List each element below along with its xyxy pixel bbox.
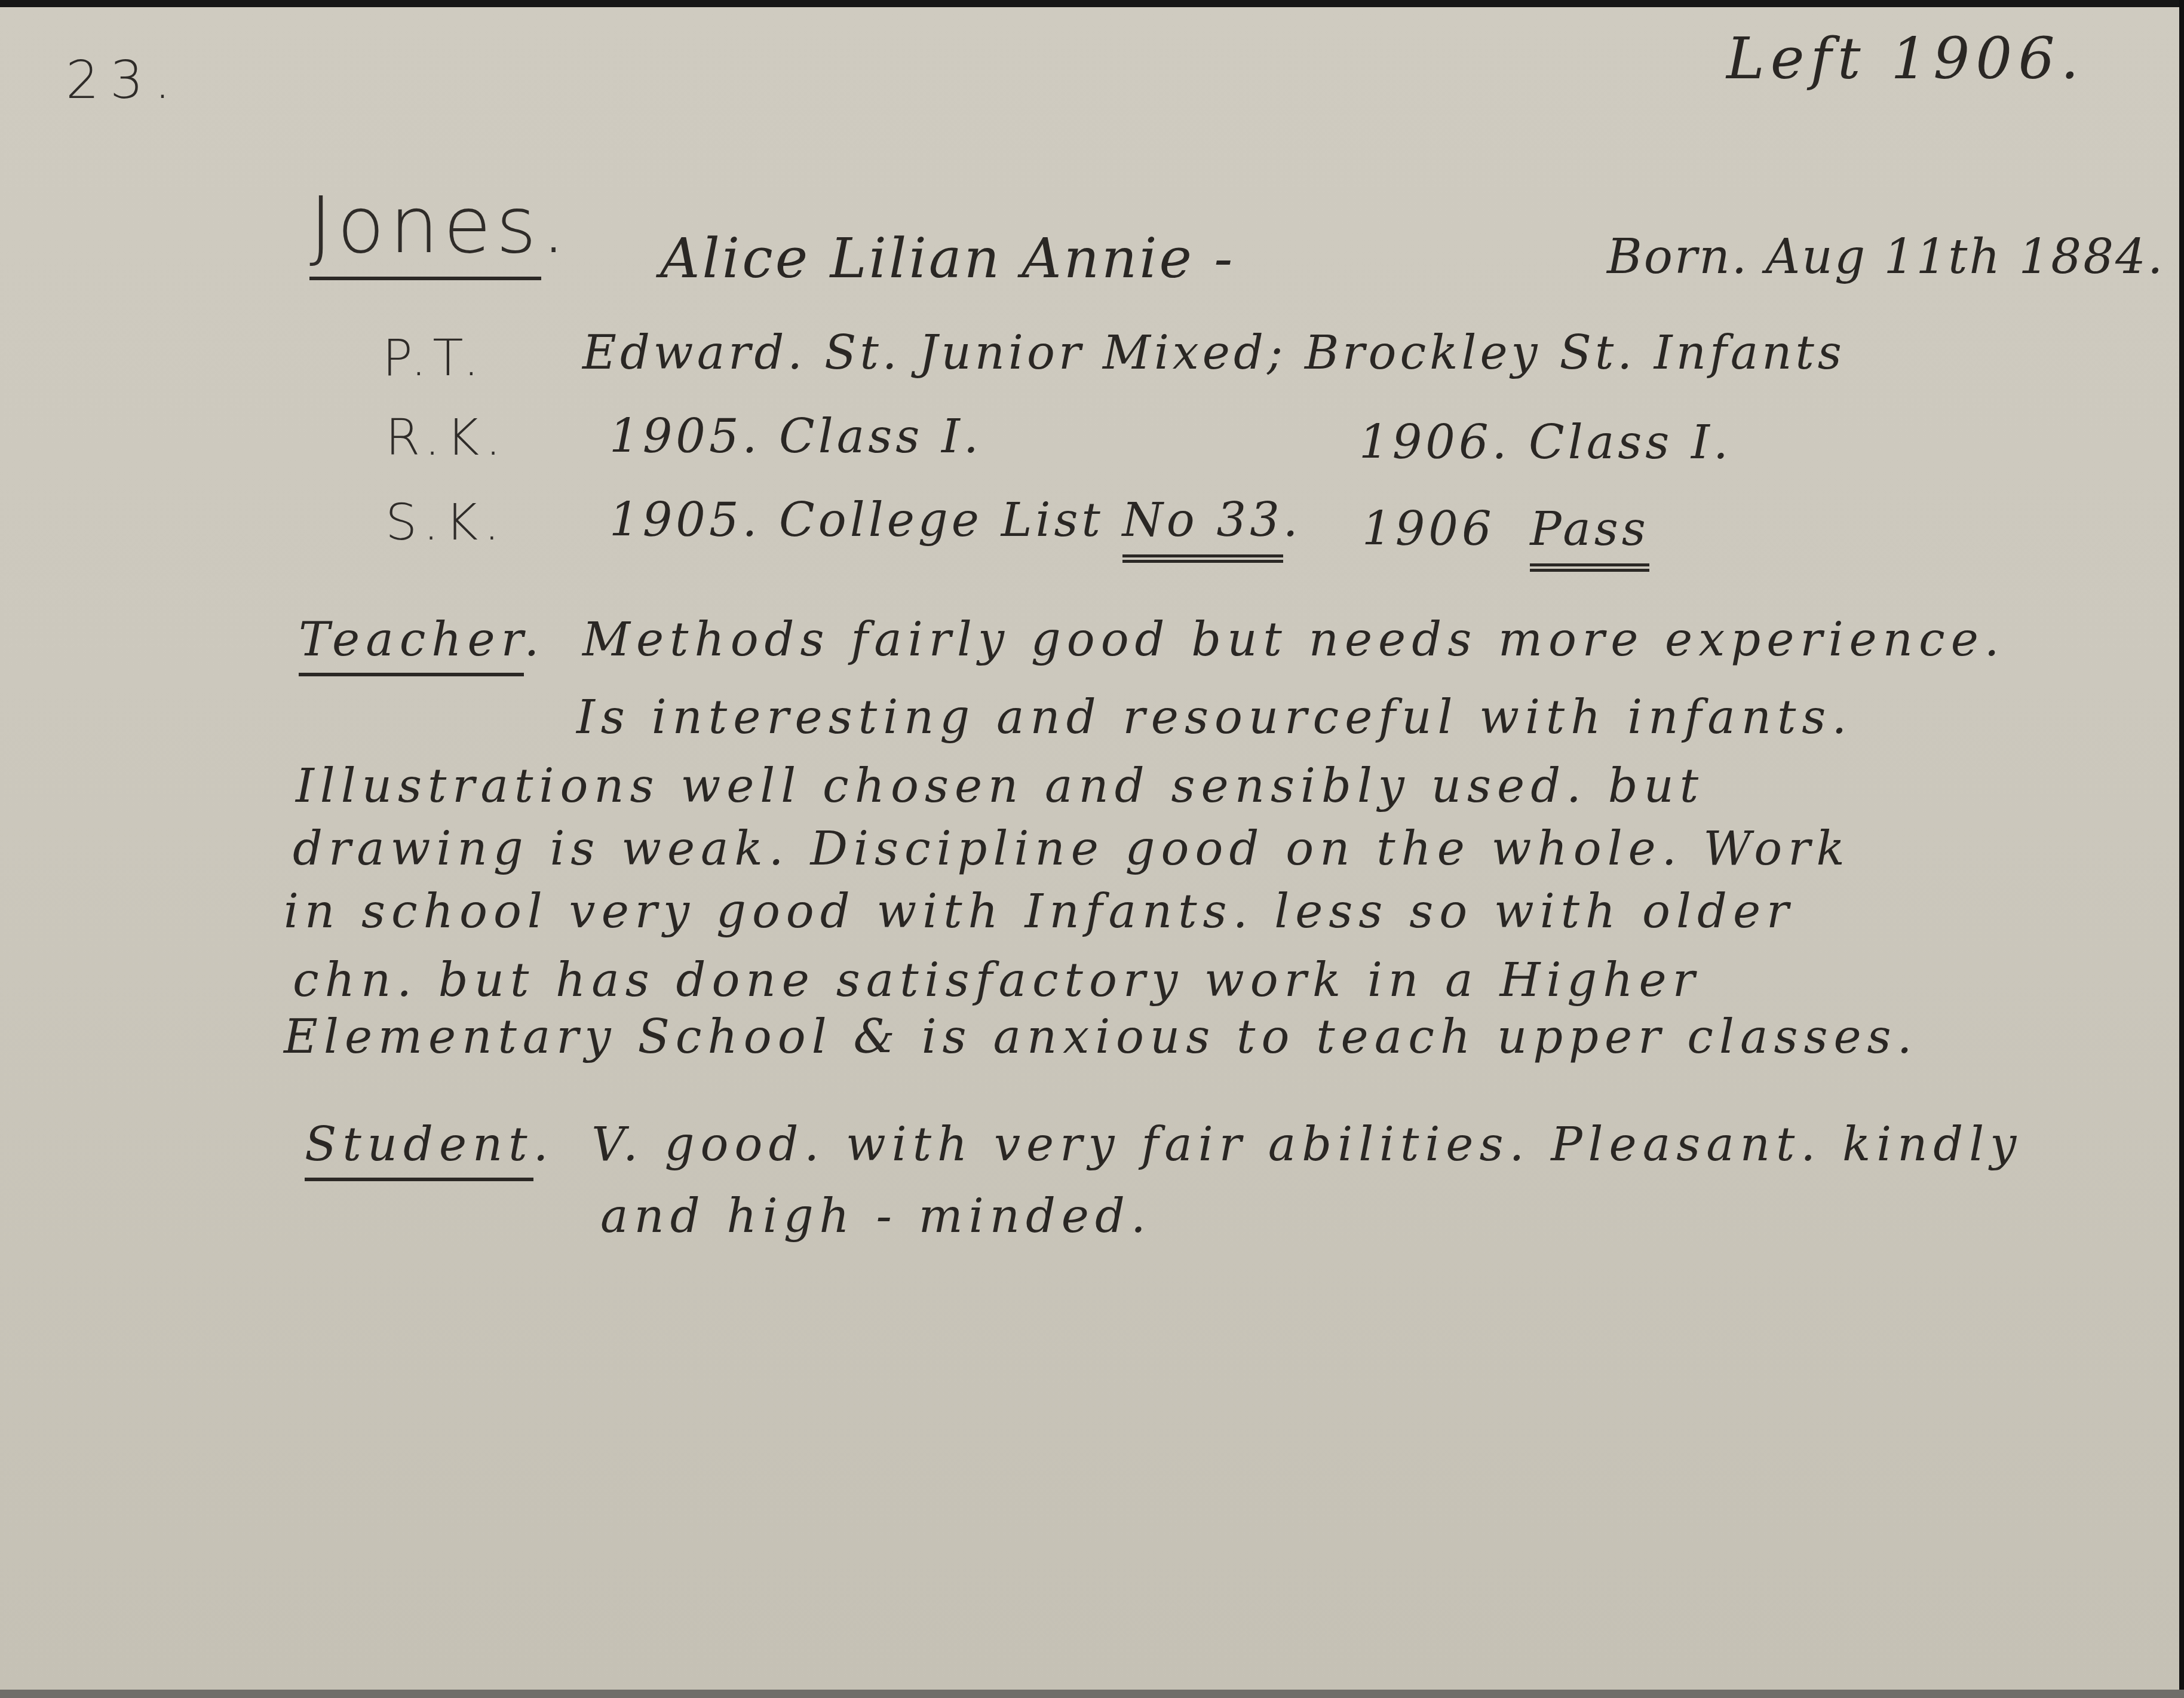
teacher-line-3: Illustrations well chosen and sensibly u… <box>296 763 1704 810</box>
student-label-period: . <box>533 1118 554 1172</box>
sk-label: S.K. <box>385 497 506 547</box>
sk-1905-suffix: . <box>1283 494 1302 547</box>
teacher-label: Teacher <box>299 613 524 676</box>
card-number: 23. <box>66 54 182 106</box>
sk-1905-number: No 33 <box>1122 494 1283 563</box>
teacher-line-6: chn. but has done satisfactory work in a… <box>293 957 1701 1004</box>
left-date-note: Left 1906. <box>1726 30 2085 87</box>
teacher-label-period: . <box>524 613 545 667</box>
surname-period: . <box>541 180 570 271</box>
rk-1906-entry: 1906. Class I. <box>1359 419 1732 466</box>
student-text-1: V. good. with very fair abilities. Pleas… <box>591 1118 2022 1172</box>
teacher-line-7: Elementary School & is anxious to teach … <box>284 1014 1918 1061</box>
student-label: Student <box>305 1118 533 1181</box>
student-line-1: Student. V. good. with very fair abiliti… <box>305 1121 2022 1168</box>
forenames: Alice Lilian Annie - <box>660 231 1235 286</box>
sk-1905-prefix: 1905. College List <box>609 494 1122 547</box>
pt-label: P.T. <box>382 333 485 383</box>
teacher-line-2: Is interesting and resourceful with infa… <box>576 694 1852 741</box>
teacher-line-1: Teacher. Methods fairly good but needs m… <box>299 617 2005 663</box>
scan-border-top <box>0 0 2184 7</box>
rk-1905-entry: 1905. Class I. <box>609 413 982 460</box>
sk-1906-result: Pass <box>1530 502 1649 572</box>
birth-date: Born. Aug 11th 1884. <box>1607 233 2164 281</box>
teacher-line-5: in school very good with Infants. less s… <box>284 888 1795 935</box>
sk-1905-entry: 1905. College List No 33. <box>609 497 1302 544</box>
scan-border-right <box>2179 0 2184 1698</box>
sk-1906-year: 1906 <box>1362 502 1495 556</box>
surname-text: Jones <box>309 180 541 280</box>
record-card: 23. Left 1906. Jones. Alice Lilian Annie… <box>0 7 2179 1690</box>
pt-schools: Edward. St. Junior Mixed; Brockley St. I… <box>582 330 1845 376</box>
teacher-line-4: drawing is weak. Discipline good on the … <box>293 826 1851 872</box>
student-line-2: and high - minded. <box>600 1193 1152 1240</box>
sk-1906-entry: 1906 Pass <box>1362 506 1649 553</box>
surname: Jones. <box>309 186 570 264</box>
teacher-text-1: Methods fairly good but needs more exper… <box>582 613 2005 667</box>
scan-border-bottom <box>0 1690 2184 1698</box>
rk-label: R.K. <box>385 412 507 462</box>
